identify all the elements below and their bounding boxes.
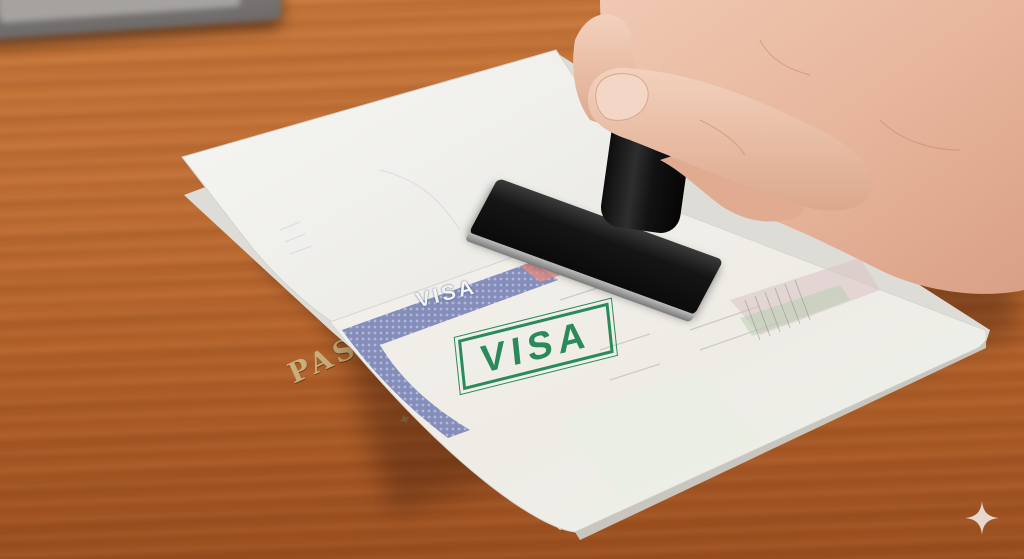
booklet-pages xyxy=(0,0,1024,559)
sparkle-icon xyxy=(964,500,1000,536)
photo-scene: PASS ✦ xyxy=(0,0,1024,559)
